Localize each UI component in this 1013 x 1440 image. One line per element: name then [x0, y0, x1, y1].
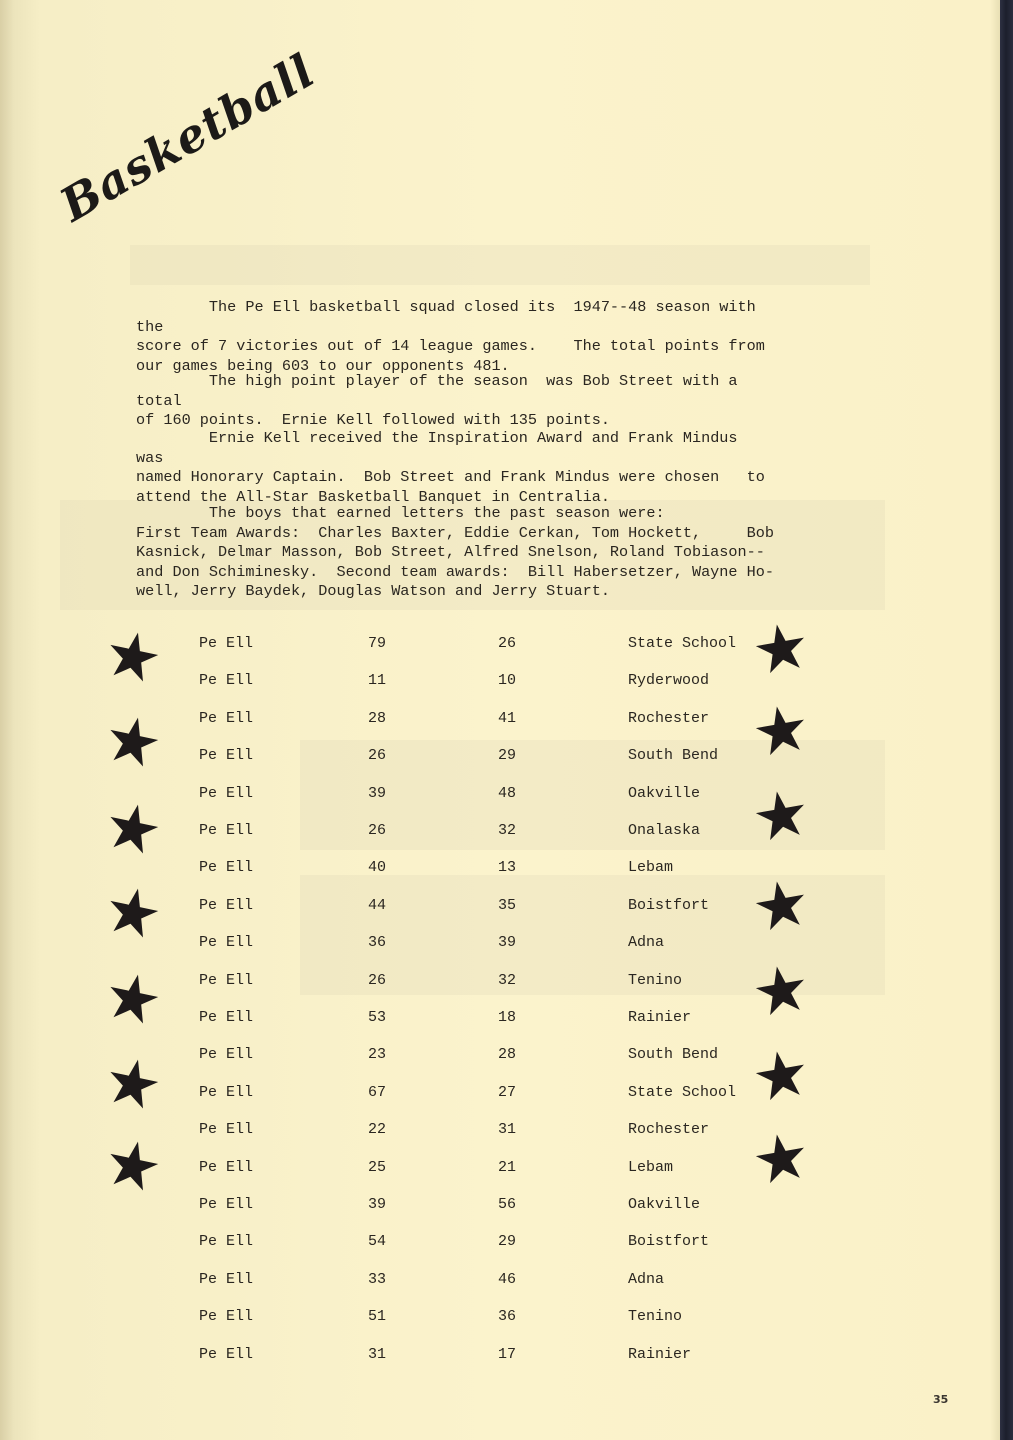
- team-name: Pe Ell: [199, 785, 253, 802]
- opponent-score: 35: [498, 897, 516, 914]
- table-row: Pe Ell5136Tenino: [0, 1308, 1000, 1328]
- table-row: Pe Ell3117Rainier: [0, 1346, 1000, 1366]
- team-name: Pe Ell: [199, 635, 253, 652]
- pe-ell-score: 26: [368, 822, 386, 839]
- team-name: Pe Ell: [199, 1346, 253, 1363]
- high-point-paragraph: The high point player of the season was …: [136, 372, 786, 431]
- opponent-name: Lebam: [628, 859, 673, 876]
- opponent-score: 21: [498, 1159, 516, 1176]
- opponent-score: 41: [498, 710, 516, 727]
- star-icon: [751, 1128, 811, 1188]
- season-summary-paragraph: The Pe Ell basketball squad closed its 1…: [136, 298, 786, 376]
- pe-ell-score: 22: [368, 1121, 386, 1138]
- opponent-score: 29: [498, 1233, 516, 1250]
- opponent-score: 17: [498, 1346, 516, 1363]
- opponent-score: 31: [498, 1121, 516, 1138]
- star-icon: [102, 710, 164, 772]
- team-name: Pe Ell: [199, 1308, 253, 1325]
- opponent-score: 28: [498, 1046, 516, 1063]
- opponent-name: State School: [628, 635, 736, 652]
- opponent-score: 32: [498, 972, 516, 989]
- opponent-score: 32: [498, 822, 516, 839]
- opponent-name: South Bend: [628, 1046, 718, 1063]
- opponent-name: Rochester: [628, 710, 709, 727]
- opponent-name: Boistfort: [628, 1233, 709, 1250]
- star-icon: [751, 875, 811, 935]
- team-name: Pe Ell: [199, 859, 253, 876]
- table-row: Pe Ell3956Oakville: [0, 1196, 1000, 1216]
- pe-ell-score: 28: [368, 710, 386, 727]
- opponent-name: State School: [628, 1084, 736, 1101]
- pe-ell-score: 51: [368, 1308, 386, 1325]
- awards-paragraph: Ernie Kell received the Inspiration Awar…: [136, 429, 786, 507]
- opponent-score: 10: [498, 672, 516, 689]
- team-name: Pe Ell: [199, 1084, 253, 1101]
- pe-ell-score: 26: [368, 747, 386, 764]
- opponent-name: South Bend: [628, 747, 718, 764]
- opponent-name: Oakville: [628, 785, 700, 802]
- opponent-score: 39: [498, 934, 516, 951]
- opponent-name: Adna: [628, 934, 664, 951]
- pe-ell-score: 39: [368, 1196, 386, 1213]
- star-icon: [102, 1052, 164, 1114]
- pe-ell-score: 11: [368, 672, 386, 689]
- team-name: Pe Ell: [199, 822, 253, 839]
- table-row: Pe Ell3948Oakville: [0, 785, 1000, 805]
- opponent-name: Tenino: [628, 972, 682, 989]
- opponent-name: Oakville: [628, 1196, 700, 1213]
- team-name: Pe Ell: [199, 972, 253, 989]
- star-icon: [751, 785, 811, 845]
- opponent-name: Tenino: [628, 1308, 682, 1325]
- opponent-score: 56: [498, 1196, 516, 1213]
- opponent-name: Rainier: [628, 1009, 691, 1026]
- book-binding: [1000, 0, 1013, 1440]
- team-name: Pe Ell: [199, 897, 253, 914]
- opponent-score: 26: [498, 635, 516, 652]
- pe-ell-score: 53: [368, 1009, 386, 1026]
- team-name: Pe Ell: [199, 1196, 253, 1213]
- opponent-name: Ryderwood: [628, 672, 709, 689]
- pe-ell-score: 23: [368, 1046, 386, 1063]
- star-icon: [751, 1045, 811, 1105]
- pe-ell-score: 33: [368, 1271, 386, 1288]
- opponent-score: 13: [498, 859, 516, 876]
- team-name: Pe Ell: [199, 934, 253, 951]
- pe-ell-score: 40: [368, 859, 386, 876]
- pe-ell-score: 36: [368, 934, 386, 951]
- opponent-name: Adna: [628, 1271, 664, 1288]
- star-icon: [751, 960, 811, 1020]
- opponent-name: Onalaska: [628, 822, 700, 839]
- pe-ell-score: 54: [368, 1233, 386, 1250]
- opponent-name: Lebam: [628, 1159, 673, 1176]
- star-icon: [102, 625, 164, 687]
- pe-ell-score: 79: [368, 635, 386, 652]
- pe-ell-score: 25: [368, 1159, 386, 1176]
- team-name: Pe Ell: [199, 747, 253, 764]
- opponent-score: 48: [498, 785, 516, 802]
- star-icon: [102, 1134, 164, 1196]
- star-icon: [102, 797, 164, 859]
- table-row: Pe Ell2231Rochester: [0, 1121, 1000, 1141]
- team-name: Pe Ell: [199, 1046, 253, 1063]
- star-icon: [751, 618, 811, 678]
- letters-paragraph: The boys that earned letters the past se…: [136, 504, 786, 602]
- pe-ell-score: 44: [368, 897, 386, 914]
- opponent-score: 18: [498, 1009, 516, 1026]
- bleed-through-block: [130, 245, 870, 285]
- team-name: Pe Ell: [199, 710, 253, 727]
- team-name: Pe Ell: [199, 1009, 253, 1026]
- team-name: Pe Ell: [199, 1121, 253, 1138]
- pe-ell-score: 67: [368, 1084, 386, 1101]
- table-row: Pe Ell4013Lebam: [0, 859, 1000, 879]
- opponent-score: 27: [498, 1084, 516, 1101]
- opponent-name: Rainier: [628, 1346, 691, 1363]
- team-name: Pe Ell: [199, 1233, 253, 1250]
- opponent-score: 29: [498, 747, 516, 764]
- star-icon: [102, 967, 164, 1029]
- page-number: 35: [933, 1393, 948, 1406]
- opponent-name: Rochester: [628, 1121, 709, 1138]
- team-name: Pe Ell: [199, 1159, 253, 1176]
- opponent-score: 46: [498, 1271, 516, 1288]
- table-row: Pe Ell3346Adna: [0, 1271, 1000, 1291]
- pe-ell-score: 26: [368, 972, 386, 989]
- pe-ell-score: 31: [368, 1346, 386, 1363]
- team-name: Pe Ell: [199, 672, 253, 689]
- opponent-score: 36: [498, 1308, 516, 1325]
- table-row: Pe Ell5429Boistfort: [0, 1233, 1000, 1253]
- opponent-name: Boistfort: [628, 897, 709, 914]
- team-name: Pe Ell: [199, 1271, 253, 1288]
- pe-ell-score: 39: [368, 785, 386, 802]
- star-icon: [751, 700, 811, 760]
- star-icon: [102, 881, 164, 943]
